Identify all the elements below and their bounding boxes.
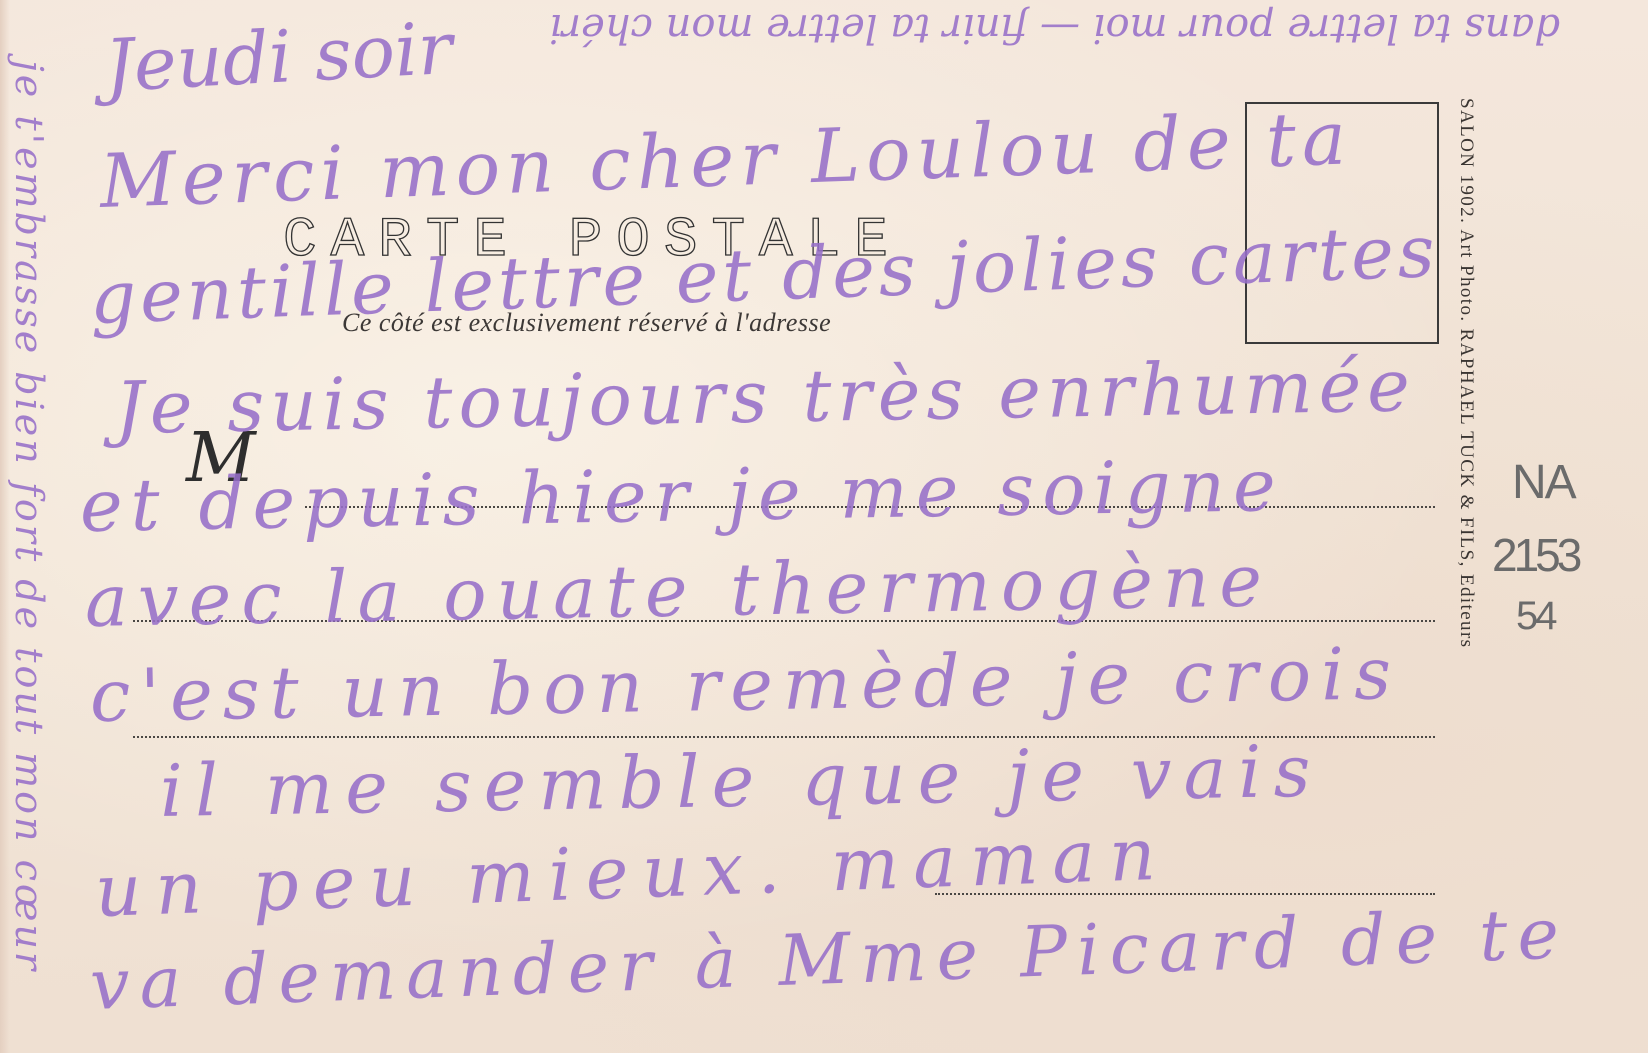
handwritten-line: avec la ouate thermogène — [84, 544, 1272, 637]
handwritten-line: Je suis toujours très enrhumée — [114, 349, 1416, 444]
handwritten-line: un peu mieux. maman — [94, 818, 1171, 927]
handwritten-line: Jeudi soir — [103, 12, 454, 102]
handwritten-line: c'est un bon remède je crois — [89, 637, 1401, 732]
postcard-back: CARTE POSTALE Ce côté est exclusivement … — [0, 0, 1648, 1053]
handwritten-line: dans ta lettre pour moi — finir ta lettr… — [560, 8, 1560, 48]
handwritten-line: Merci mon cher Loulou de ta — [99, 101, 1353, 219]
pencil-number: 2153 — [1492, 528, 1578, 582]
handwritten-line: et depuis hier je me soigne — [79, 449, 1284, 542]
pencil-code: NA — [1512, 455, 1575, 510]
pencil-subnumber: 54 — [1516, 594, 1555, 639]
publisher-credit: SALON 1902. Art Photo. RAPHAEL TUCK & FI… — [1455, 98, 1477, 648]
handwritten-margin-note: je t'embrasse bien fort de tout mon cœur — [10, 60, 48, 973]
